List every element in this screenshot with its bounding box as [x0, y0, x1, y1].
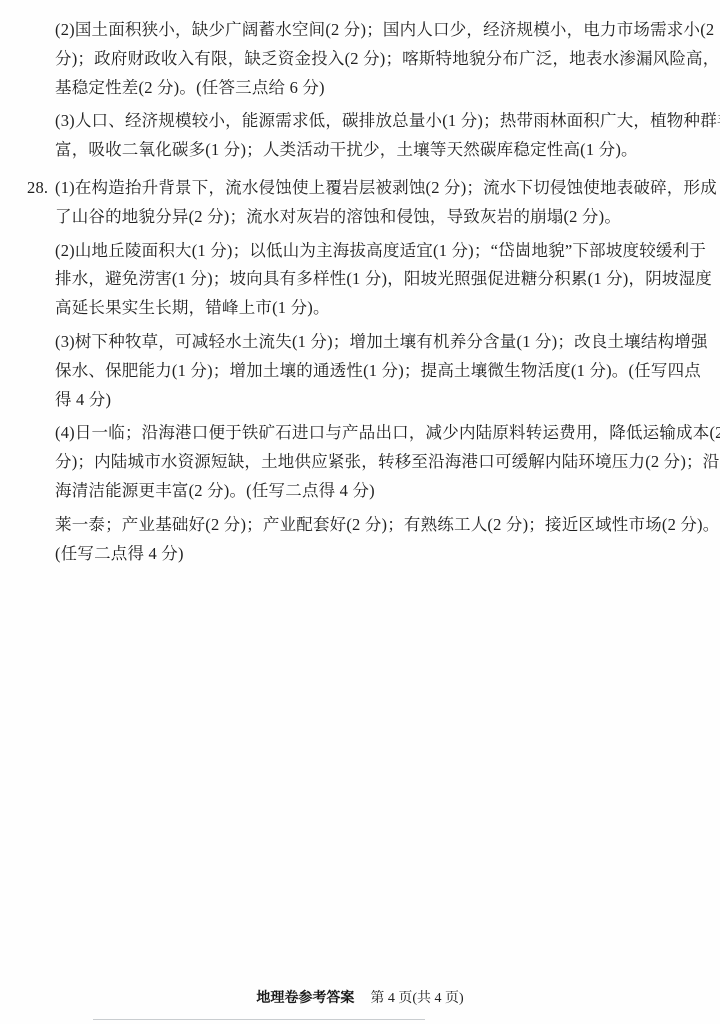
- text-line: (2)国土面积狭小，缺少广阔蓄水空间(2 分)；国内人口少，经济规模小，电力市场…: [55, 16, 717, 45]
- text-line: (任写二点得 4 分): [55, 540, 717, 569]
- text-line: 得 4 分): [55, 386, 717, 415]
- text-line: 保水、保肥能力(1 分)；增加土壤的通透性(1 分)；提高土壤微生物活度(1 分…: [55, 357, 717, 386]
- text-line: 排水，避免涝害(1 分)；坡向具有多样性(1 分)，阳坡光照强促进糖分积累(1 …: [55, 265, 717, 294]
- footer-page-number: 第 4 页(共 4 页): [370, 991, 463, 1006]
- text-line: (3)树下种牧草，可减轻水土流失(1 分)；增加土壤有机养分含量(1 分)；改良…: [55, 328, 717, 357]
- paragraph: (2)国土面积狭小，缺少广阔蓄水空间(2 分)；国内人口少，经济规模小，电力市场…: [55, 16, 717, 102]
- text-line: (3)人口、经济规模较小，能源需求低，碳排放总量小(1 分)；热带雨林面积广大，…: [55, 107, 717, 136]
- page-footer: 地理卷参考答案第 4 页(共 4 页): [0, 988, 720, 1008]
- paragraph: (4)日一临；沿海港口便于铁矿石进口与产品出口，减少内陆原料转运费用，降低运输成…: [55, 419, 717, 505]
- paragraph: 28.(1)在构造抬升背景下，流水侵蚀使上覆岩层被剥蚀(2 分)；流水下切侵蚀使…: [55, 174, 717, 232]
- text-line: 海清洁能源更丰富(2 分)。(任写二点得 4 分): [55, 477, 717, 506]
- text-line: (2)山地丘陵面积大(1 分)；以低山为主海拔高度适宜(1 分)；“岱崮地貌”下…: [55, 237, 717, 266]
- answer-body: (2)国土面积狭小，缺少广阔蓄水空间(2 分)；国内人口少，经济规模小，电力市场…: [55, 16, 717, 568]
- question-number: 28.: [27, 174, 48, 203]
- answer-sheet-page: (2)国土面积狭小，缺少广阔蓄水空间(2 分)；国内人口少，经济规模小，电力市场…: [0, 0, 720, 1024]
- paragraph: (3)树下种牧草，可减轻水土流失(1 分)；增加土壤有机养分含量(1 分)；改良…: [55, 328, 717, 414]
- text-line: 分)；内陆城市水资源短缺，土地供应紧张，转移至沿海港口可缓解内陆环境压力(2 分…: [55, 448, 717, 477]
- text-line: 高延长果实生长期，错峰上市(1 分)。: [55, 294, 717, 323]
- text-line: (4)日一临；沿海港口便于铁矿石进口与产品出口，减少内陆原料转运费用，降低运输成…: [55, 419, 717, 448]
- text-line: 莱一泰；产业基础好(2 分)；产业配套好(2 分)；有熟练工人(2 分)；接近区…: [55, 511, 717, 540]
- scan-line-artifact: [93, 1019, 425, 1020]
- text-line: (1)在构造抬升背景下，流水侵蚀使上覆岩层被剥蚀(2 分)；流水下切侵蚀使地表破…: [55, 174, 717, 203]
- paragraph: (2)山地丘陵面积大(1 分)；以低山为主海拔高度适宜(1 分)；“岱崮地貌”下…: [55, 237, 717, 323]
- paragraph: 莱一泰；产业基础好(2 分)；产业配套好(2 分)；有熟练工人(2 分)；接近区…: [55, 511, 717, 569]
- text-line: 了山谷的地貌分异(2 分)；流水对灰岩的溶蚀和侵蚀，导致灰岩的崩塌(2 分)。: [55, 203, 717, 232]
- paragraph: (3)人口、经济规模较小，能源需求低，碳排放总量小(1 分)；热带雨林面积广大，…: [55, 107, 717, 165]
- text-line: 分)；政府财政收入有限，缺乏资金投入(2 分)；喀斯特地貌分布广泛，地表水渗漏风…: [55, 45, 717, 74]
- text-line: 富，吸收二氧化碳多(1 分)；人类活动干扰少，土壤等天然碳库稳定性高(1 分)。: [55, 136, 717, 165]
- text-line: 基稳定性差(2 分)。(任答三点给 6 分): [55, 74, 717, 103]
- footer-document-title: 地理卷参考答案: [256, 989, 354, 1005]
